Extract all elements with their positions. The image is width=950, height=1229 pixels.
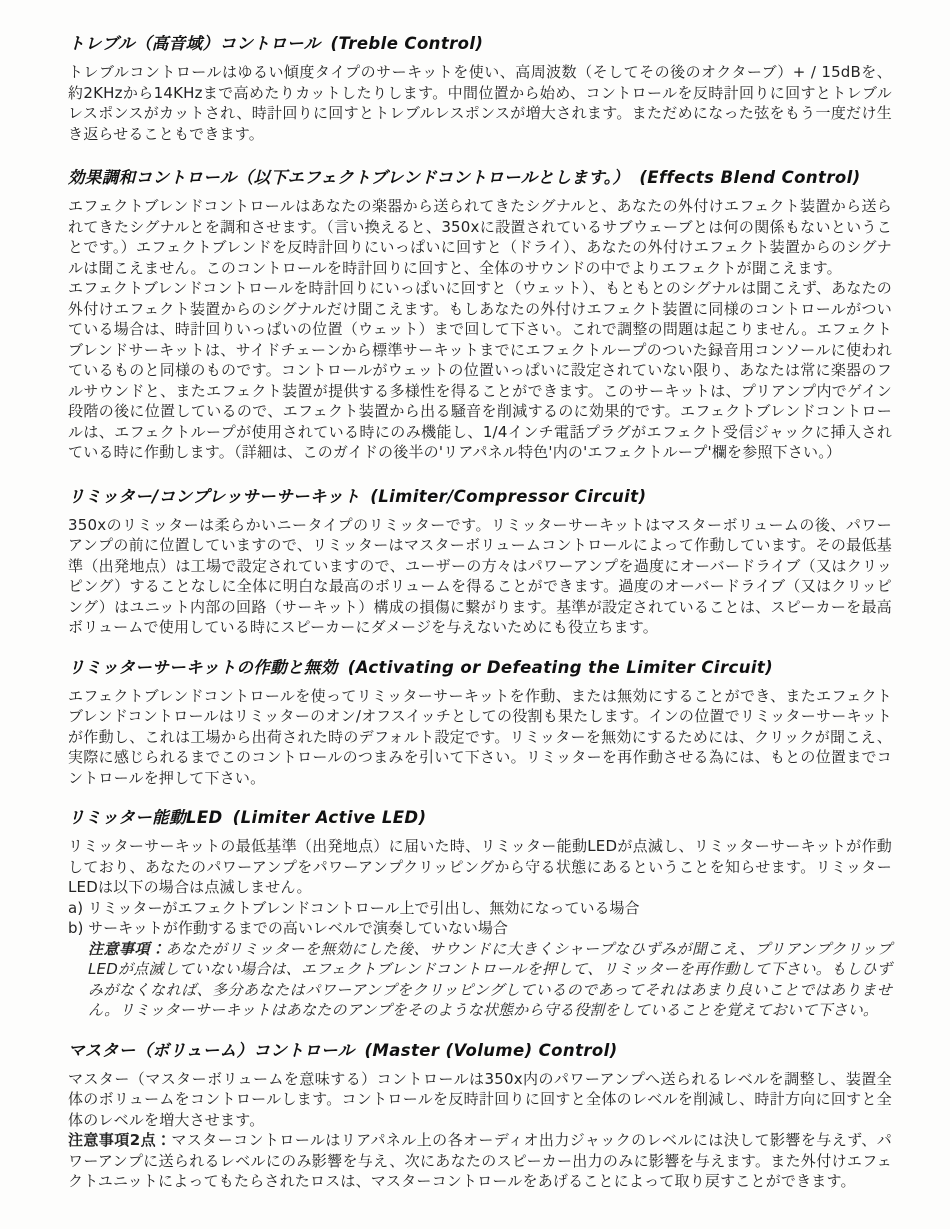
heading-effects-en: (Effects Blend Control) — [639, 168, 860, 187]
heading-limiter-compressor: リミッター/コンプレッサーサーキット(Limiter/Compressor Ci… — [68, 487, 892, 507]
manual-page: トレブル（高音域）コントロール(Treble Control) トレブルコントロ… — [0, 0, 950, 1229]
heading-effects-blend: 効果調和コントロール（以下エフェクトブレンドコントロールとします。）(Effec… — [68, 168, 892, 188]
section-treble-control: トレブル（高音域）コントロール(Treble Control) トレブルコントロ… — [68, 34, 892, 144]
heading-treble-ja: トレブル（高音域）コントロール — [68, 34, 321, 53]
paragraph-activating: エフェクトブレンドコントロールを使ってリミッターサーキットを作動、または無効にす… — [68, 686, 892, 789]
section-master-control: マスター（ボリューム）コントロール(Master (Volume) Contro… — [68, 1041, 892, 1192]
section-effects-blend-control: 効果調和コントロール（以下エフェクトブレンドコントロールとします。）(Effec… — [68, 168, 892, 463]
note-master: 注意事項2点：マスターコントロールはリアパネル上の各オーディオ出力ジャックのレベ… — [68, 1130, 892, 1192]
heading-effects-ja: 効果調和コントロール（以下エフェクトブレンドコントロールとします。） — [68, 168, 629, 187]
paragraph-treble: トレブルコントロールはゆるい傾度タイプのサーキットを使い、高周波数（そしてその後… — [68, 62, 892, 144]
heading-master-control: マスター（ボリューム）コントロール(Master (Volume) Contro… — [68, 1041, 892, 1061]
section-limiter-led: リミッター能動LED(Limiter Active LED) リミッターサーキッ… — [68, 808, 892, 1021]
paragraph-limiter: 350xのリミッターは柔らかいニータイプのリミッターです。リミッターサーキットは… — [68, 515, 892, 638]
note-label: 注意事項： — [88, 940, 166, 958]
list-item-b: b) サーキットが作動するまでの高いレベルで演奏していない場合 — [68, 918, 892, 939]
heading-treble-en: (Treble Control) — [331, 34, 484, 53]
heading-limiter-activating: リミッターサーキットの作動と無効(Activating or Defeating… — [68, 658, 892, 678]
heading-master-en: (Master (Volume) Control) — [364, 1041, 617, 1060]
heading-led-ja: リミッター能動LED — [68, 808, 223, 827]
note-label-master: 注意事項2点： — [68, 1131, 171, 1149]
paragraph-led: リミッターサーキットの最低基準（出発地点）に届いた時、リミッター能動LEDが点滅… — [68, 836, 892, 898]
paragraph-effects-1: エフェクトブレンドコントロールはあなたの楽器から送られてきたシグナルと、あなたの… — [68, 196, 892, 278]
heading-activating-en: (Activating or Defeating the Limiter Cir… — [348, 658, 773, 677]
note-limiter-led: 注意事項：あなたがリミッターを無効にした後、サウンドに大きくシャープなひずみが聞… — [88, 939, 892, 1021]
heading-treble-control: トレブル（高音域）コントロール(Treble Control) — [68, 34, 892, 54]
heading-master-ja: マスター（ボリューム）コントロール — [68, 1041, 354, 1060]
heading-activating-ja: リミッターサーキットの作動と無効 — [68, 658, 338, 677]
heading-limiter-en: (Limiter/Compressor Circuit) — [370, 487, 646, 506]
paragraph-master: マスター（マスターボリュームを意味する）コントロールは350x内のパワーアンプへ… — [68, 1069, 892, 1131]
note-text-master: マスターコントロールはリアパネル上の各オーディオ出力ジャックのレベルには決して影… — [68, 1131, 892, 1190]
heading-limiter-led: リミッター能動LED(Limiter Active LED) — [68, 808, 892, 828]
list-item-a: a) リミッターがエフェクトブレンドコントロール上で引出し、無効になっている場合 — [68, 898, 892, 919]
heading-limiter-ja: リミッター/コンプレッサーサーキット — [68, 487, 360, 506]
section-limiter-activating: リミッターサーキットの作動と無効(Activating or Defeating… — [68, 658, 892, 789]
note-text: あなたがリミッターを無効にした後、サウンドに大きくシャープなひずみが聞こえ、プリ… — [88, 940, 892, 1020]
paragraph-effects-2: エフェクトブレンドコントロールを時計回りにいっぱいに回すと（ウェット）、もともと… — [68, 278, 892, 463]
section-limiter-compressor: リミッター/コンプレッサーサーキット(Limiter/Compressor Ci… — [68, 487, 892, 638]
heading-led-en: (Limiter Active LED) — [233, 808, 427, 827]
